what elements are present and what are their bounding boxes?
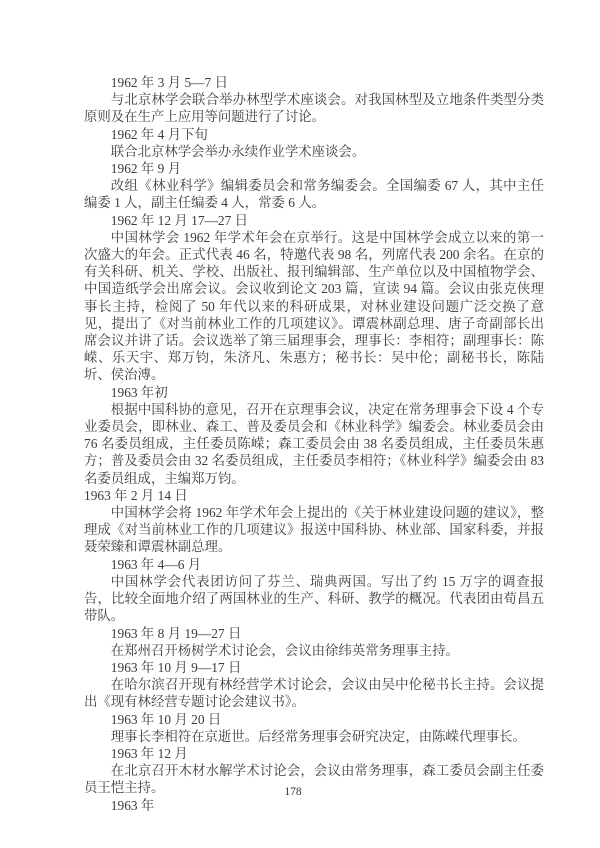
- page-number: 178: [0, 786, 586, 798]
- entry-paragraph: 根据中国科协的意见，召开在京理事会议，决定在常务理事会下设 4 个专业委员会，即…: [84, 401, 544, 487]
- entry-date: 1963 年: [84, 797, 544, 814]
- chronicle-entry: 1963 年初 根据中国科协的意见，召开在京理事会议，决定在常务理事会下设 4 …: [84, 384, 544, 487]
- chronicle-entry: 1963 年 8 月 19—27 日 在郑州召开杨树学术讨论会，会议由徐纬英常务…: [84, 625, 544, 659]
- entry-paragraph: 与北京林学会联合举办林型学术座谈会。对我国林型及立地条件类型分类原则及在生产上应…: [84, 91, 544, 125]
- entry-date: 1963 年 10 月 20 日: [84, 711, 544, 728]
- entry-paragraph: 在郑州召开杨树学术讨论会，会议由徐纬英常务理事主持。: [84, 642, 544, 659]
- entry-date: 1962 年 9 月: [84, 160, 544, 177]
- entry-paragraph: 中国林学会 1962 年学术年会在京举行。这是中国林学会成立以来的第一次盛大的年…: [84, 229, 544, 384]
- chronicle-text-block: 1962 年 3 月 5—7 日 与北京林学会联合举办林型学术座谈会。对我国林型…: [84, 74, 544, 814]
- chronicle-entry: 1962 年 9 月 改组《林业科学》编辑委员会和常务编委会。全国编委 67 人…: [84, 160, 544, 212]
- chronicle-entry: 1963 年 4—6 月 中国林学会代表团访问了芬兰、瑞典两国。写出了约 15 …: [84, 556, 544, 625]
- entry-paragraph: 理事长李相符在京逝世。后经常务理事会研究决定，由陈嵘代理事长。: [84, 728, 544, 745]
- entry-paragraph: 改组《林业科学》编辑委员会和常务编委会。全国编委 67 人，其中主任编委 1 人…: [84, 177, 544, 211]
- chronicle-entry: 1963 年 10 月 9—17 日 在哈尔滨召开现有林经营学术讨论会，会议由吴…: [84, 659, 544, 711]
- chronicle-entry: 1963 年 2 月 14 日 中国林学会将 1962 年学术年会上提出的《关于…: [84, 487, 544, 556]
- entry-date: 1963 年 12 月: [84, 745, 544, 762]
- entry-date: 1963 年 4—6 月: [84, 556, 544, 573]
- entry-date: 1962 年 3 月 5—7 日: [84, 74, 544, 91]
- document-page: 1962 年 3 月 5—7 日 与北京林学会联合举办林型学术座谈会。对我国林型…: [0, 0, 600, 848]
- entry-paragraph: 联合北京林学会举办永续作业学术座谈会。: [84, 143, 544, 160]
- chronicle-entry: 1962 年 4 月下旬 联合北京林学会举办永续作业学术座谈会。: [84, 126, 544, 160]
- entry-paragraph: 中国林学会代表团访问了芬兰、瑞典两国。写出了约 15 万字的调查报告，比较全面地…: [84, 573, 544, 625]
- chronicle-entry: 1962 年 3 月 5—7 日 与北京林学会联合举办林型学术座谈会。对我国林型…: [84, 74, 544, 126]
- entry-date: 1963 年初: [84, 384, 544, 401]
- chronicle-entry: 1962 年 12 月 17—27 日 中国林学会 1962 年学术年会在京举行…: [84, 212, 544, 384]
- entry-paragraph: 在哈尔滨召开现有林经营学术讨论会，会议由吴中伦秘书长主持。会议提出《现有林经营专…: [84, 676, 544, 710]
- chronicle-entry: 1963 年: [84, 797, 544, 814]
- entry-date: 1963 年 10 月 9—17 日: [84, 659, 544, 676]
- entry-date: 1963 年 2 月 14 日: [84, 487, 544, 504]
- entry-paragraph: 中国林学会将 1962 年学术年会上提出的《关于林业建设问题的建议》，整理成《对…: [84, 504, 544, 556]
- entry-date: 1963 年 8 月 19—27 日: [84, 625, 544, 642]
- chronicle-entry: 1963 年 10 月 20 日 理事长李相符在京逝世。后经常务理事会研究决定，…: [84, 711, 544, 745]
- entry-date: 1962 年 4 月下旬: [84, 126, 544, 143]
- entry-date: 1962 年 12 月 17—27 日: [84, 212, 544, 229]
